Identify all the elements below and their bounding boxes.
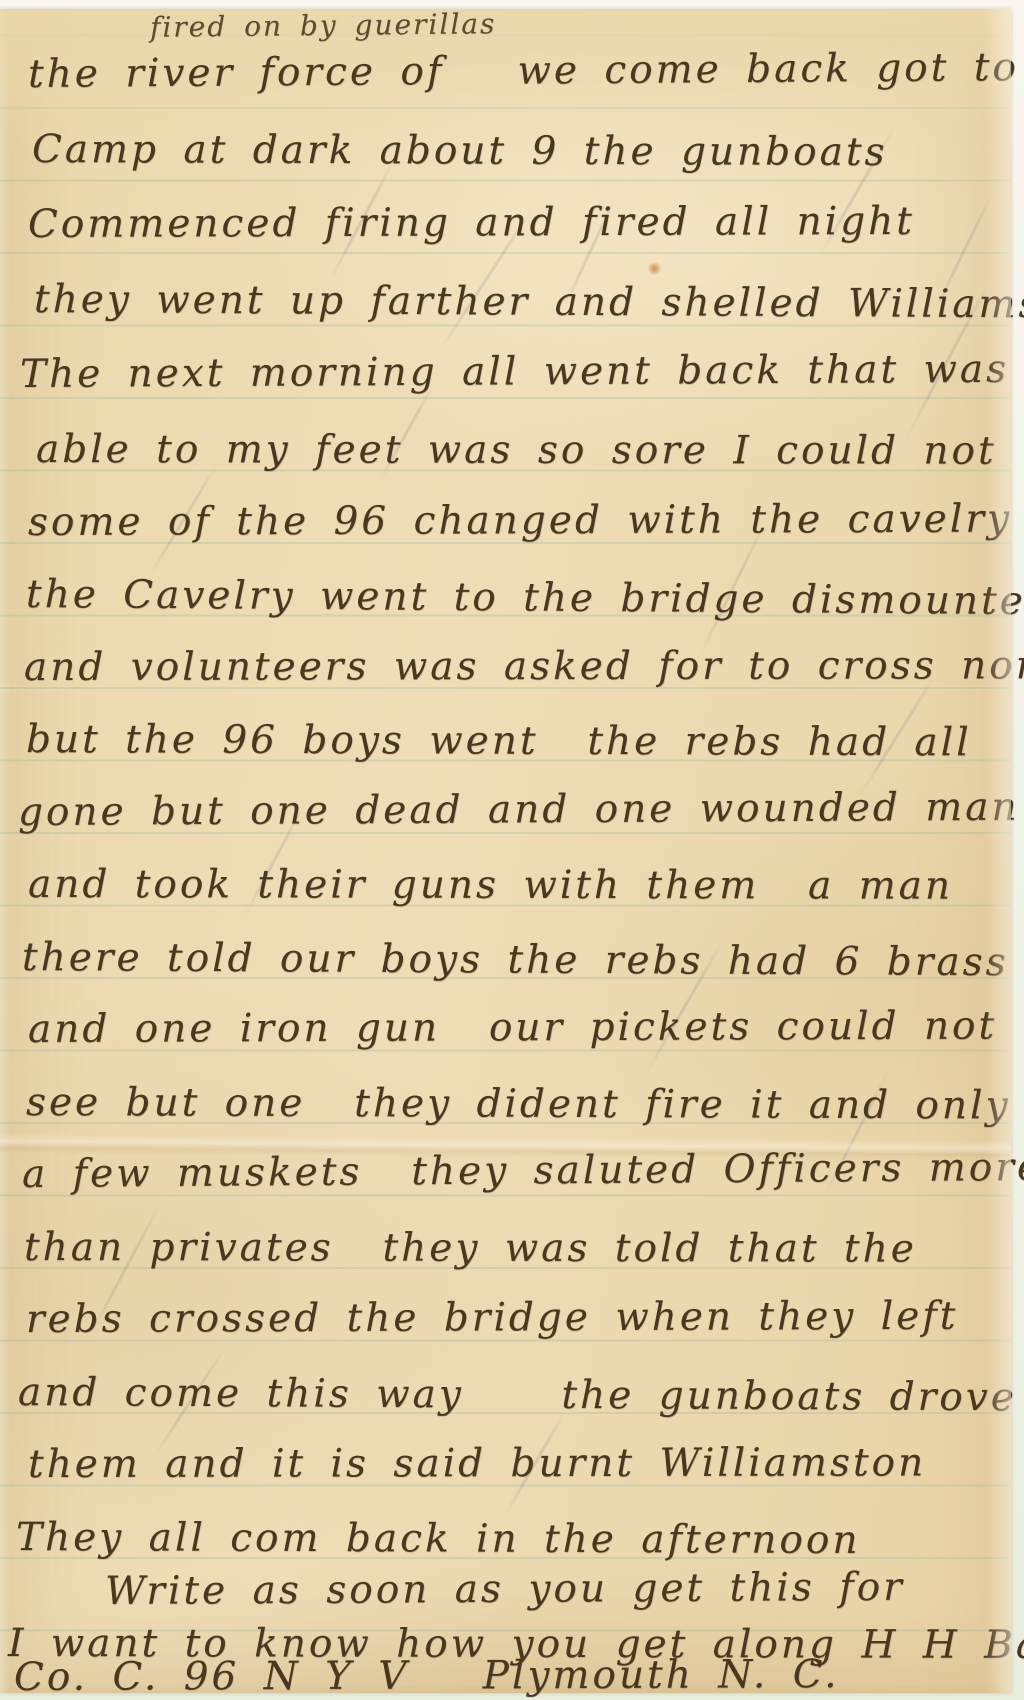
letter-line: Camp at dark about 9 the gunboats bbox=[32, 127, 888, 175]
letter-line: Write as soon as you get this for bbox=[105, 1565, 905, 1614]
letter-line: them and it is said burnt Williamston bbox=[28, 1440, 926, 1487]
letter-line: they went up farther and shelled William… bbox=[34, 277, 1024, 328]
letter-line: but the 96 boys went the rebs had all bbox=[26, 717, 972, 765]
letter-line: rebs crossed the bridge when they left bbox=[26, 1294, 959, 1342]
letter-line: able to my feet was so sore I could not bbox=[36, 427, 997, 474]
letter-line: and volunteers was asked for to cross no… bbox=[24, 643, 1024, 690]
letter-body: the river force of we come back got toCa… bbox=[0, 9, 1011, 1693]
letter-line: The next morning all went back that was bbox=[20, 347, 1009, 397]
letter-line: Commenced firing and fired all night bbox=[28, 199, 915, 247]
letter-line: than privates they was told that the bbox=[24, 1225, 917, 1272]
letter-line: a few muskets they saluted Officers more bbox=[22, 1145, 1024, 1197]
letter-line: and come this way the gunboats drove bbox=[18, 1370, 1017, 1420]
letter-line: the river force of we come back got to bbox=[28, 45, 1019, 97]
letter-line: some of the 96 changed with the cavelry bbox=[28, 497, 1012, 545]
letter-line: They all com back in the afternoon bbox=[16, 1515, 861, 1563]
letter-line: there told our boys the rebs had 6 brass bbox=[22, 935, 1009, 985]
letter-line: see but one they dident fire it and only bbox=[26, 1080, 1011, 1128]
letter-line: and one iron gun our pickets could not bbox=[28, 1004, 997, 1052]
letter-line: Co. C. 96 N Y V Plymouth N. C. bbox=[14, 1652, 840, 1700]
letter-paper: fired on by guerillas the river force of… bbox=[0, 9, 1011, 1693]
letter-line: gone but one dead and one wounded man bbox=[18, 785, 1020, 835]
scanned-letter-page: fired on by guerillas the river force of… bbox=[0, 0, 1024, 1700]
letter-line: and took their guns with them a man bbox=[28, 862, 953, 909]
letter-line: the Cavelry went to the bridge dismounte… bbox=[26, 572, 1024, 624]
